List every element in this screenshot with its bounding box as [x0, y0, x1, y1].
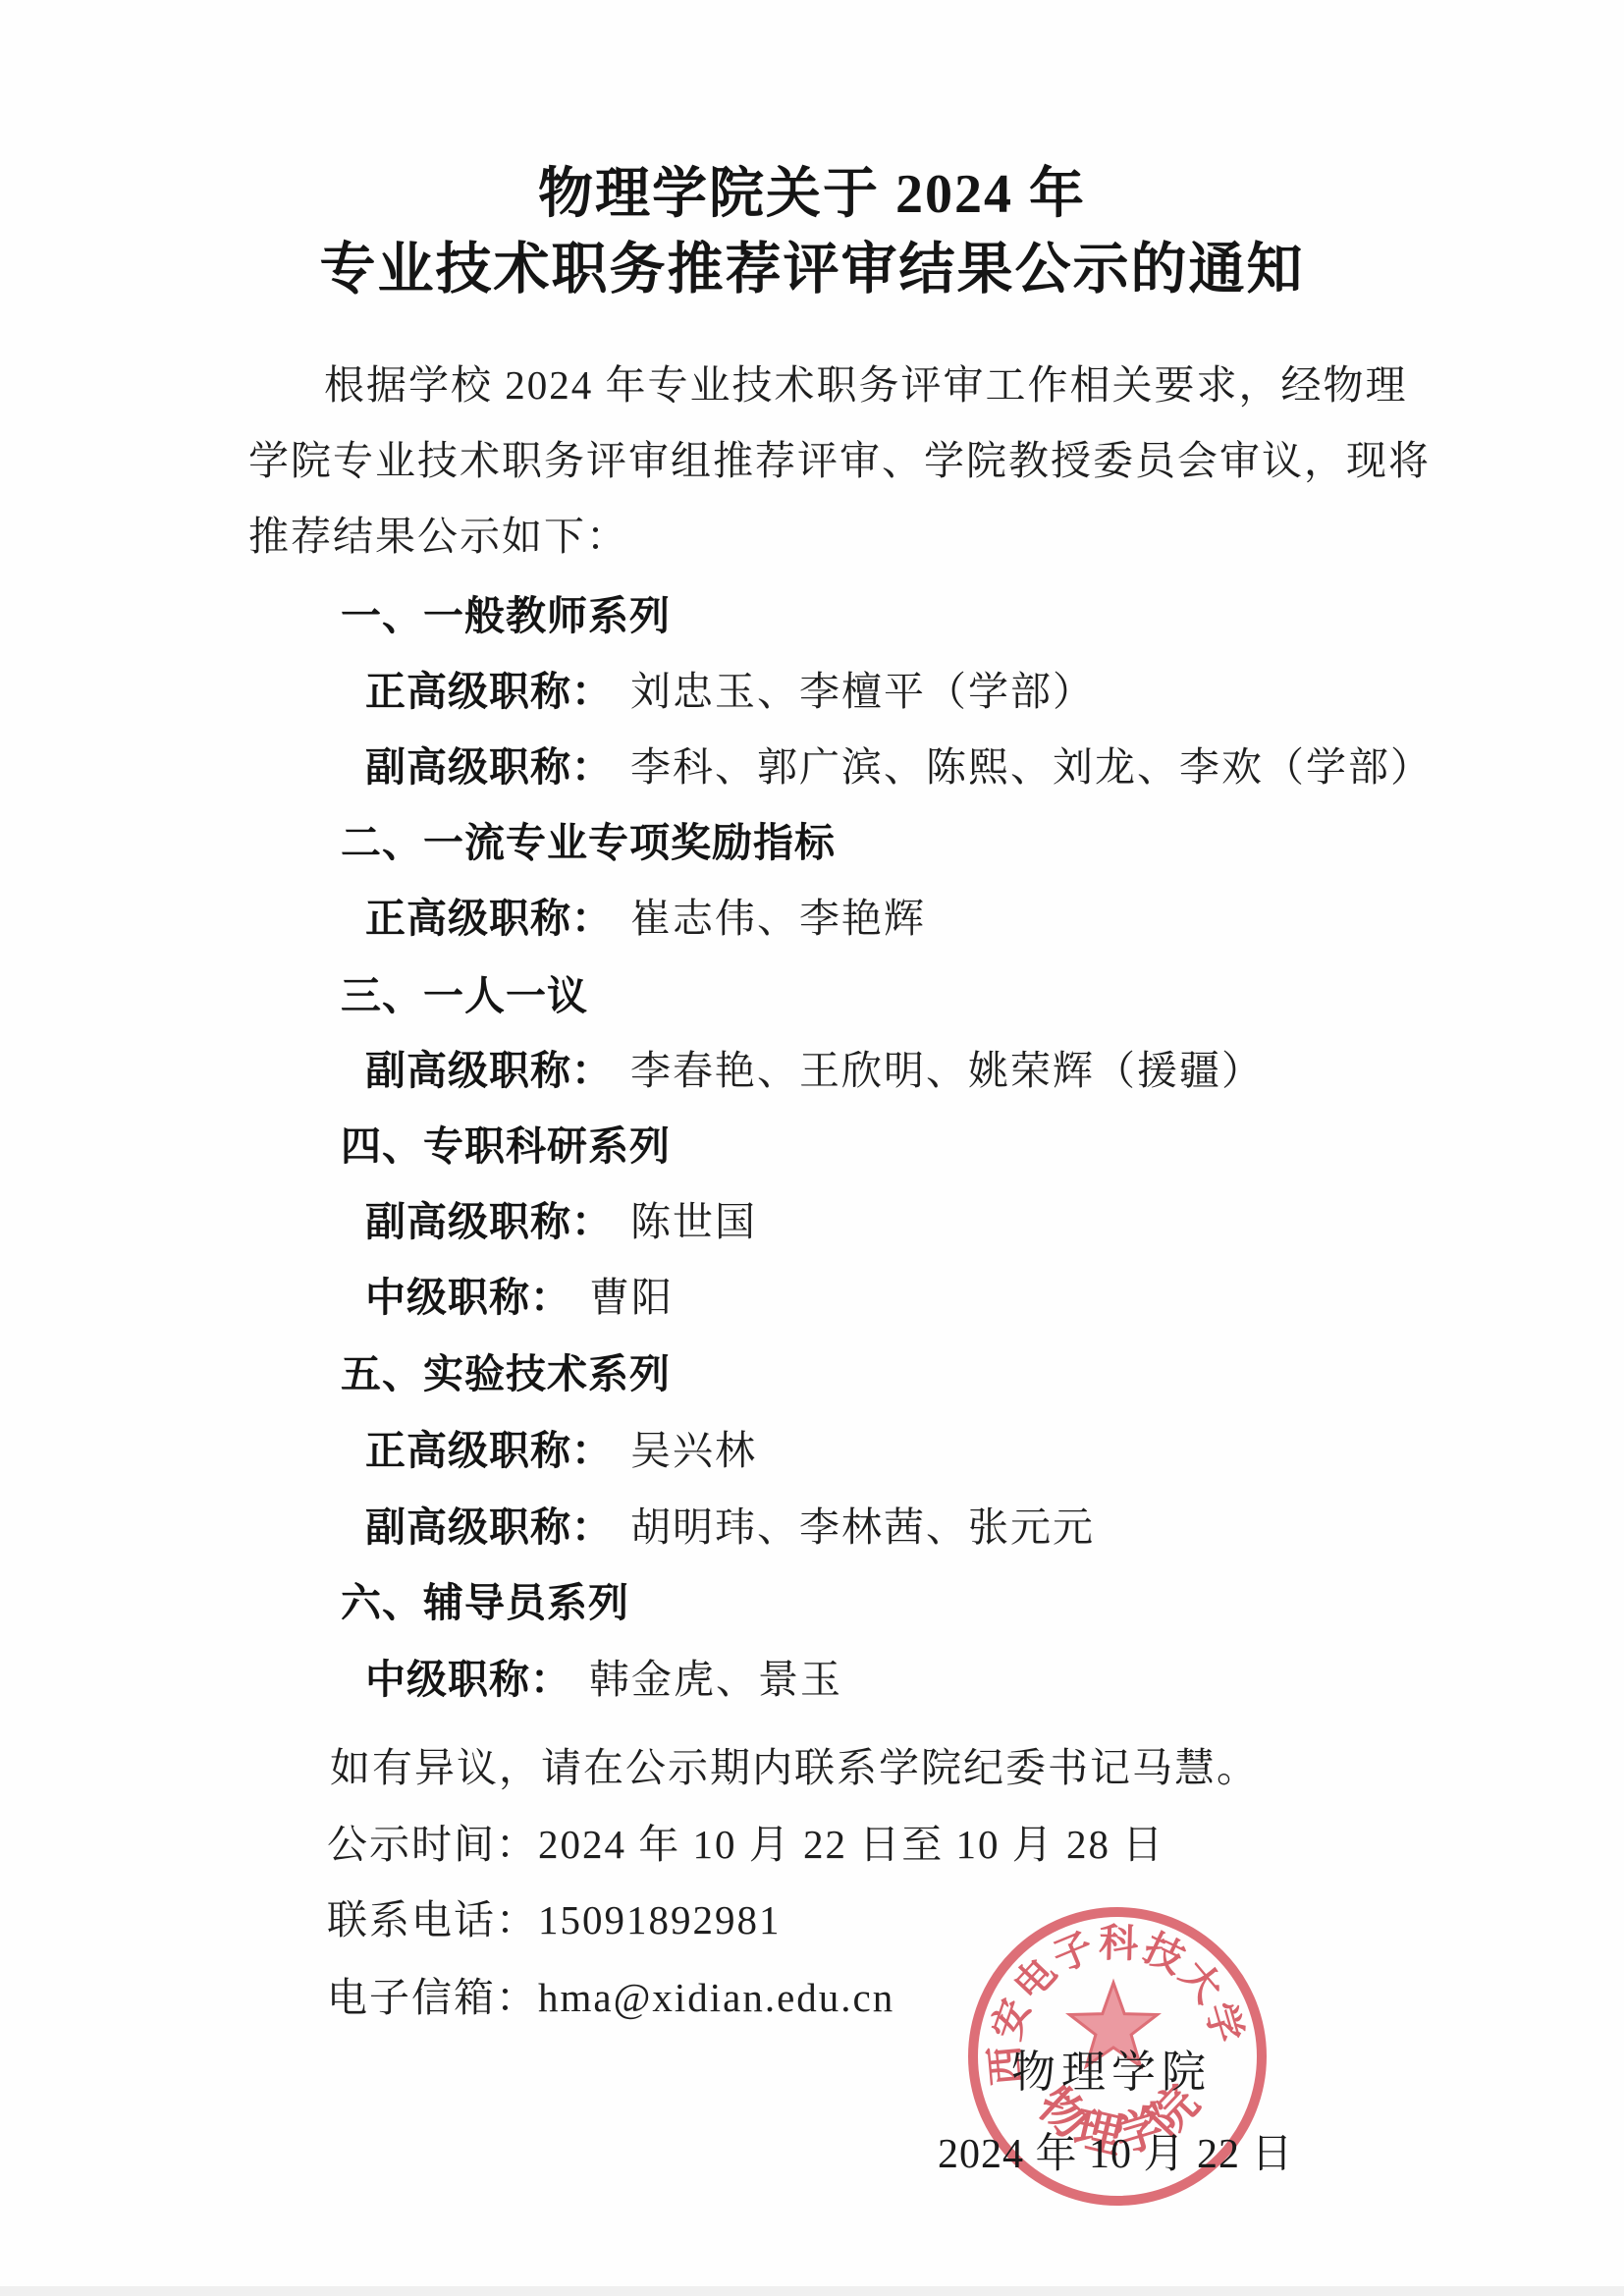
rank-label: 副高级职称：	[365, 744, 613, 790]
title-row: 副高级职称：胡明玮、李林茜、张元元	[365, 1505, 1095, 1550]
document-title-line-1: 物理学院关于 2024 年	[0, 167, 1624, 222]
rank-label: 副高级职称：	[365, 1504, 613, 1550]
objection-notice: 如有异议，请在公示期内联系学院纪委书记马慧。	[330, 1746, 1259, 1790]
title-row: 正高级职称：吴兴林	[365, 1429, 757, 1473]
section-heading-1: 一、一般教师系列	[341, 594, 671, 638]
intro-line-2: 学院专业技术职务评审组推荐评审、学院教授委员会审议，现将	[248, 439, 1431, 483]
section-heading-5: 五、实验技术系列	[341, 1352, 671, 1396]
rank-names: 吴兴林	[630, 1428, 757, 1473]
rank-label: 正高级职称：	[365, 669, 613, 714]
title-row: 正高级职称：刘忠玉、李檀平（学部）	[365, 670, 1095, 714]
section-heading-4: 四、专职科研系列	[341, 1124, 671, 1169]
contact-phone-value: 15091892981	[538, 1897, 782, 1942]
intro-line-3: 推荐结果公示如下：	[248, 515, 628, 559]
contact-email-label: 电子信箱：	[327, 1975, 538, 2020]
title-row: 副高级职称：李科、郭广滨、陈熙、刘龙、李欢（学部）	[365, 745, 1433, 790]
rank-names: 李春艳、王欣明、姚荣辉（援疆）	[630, 1048, 1264, 1093]
section-heading-3: 三、一人一议	[341, 974, 588, 1018]
title-row: 副高级职称：李春艳、王欣明、姚荣辉（援疆）	[365, 1049, 1264, 1093]
rank-names: 胡明玮、李林茜、张元元	[630, 1504, 1095, 1550]
rank-label: 副高级职称：	[365, 1199, 613, 1244]
document-title-line-2: 专业技术职务推荐评审结果公示的通知	[0, 242, 1624, 298]
title-row: 中级职称：曹阳	[365, 1276, 674, 1320]
rank-names: 崔志伟、李艳辉	[630, 896, 926, 941]
contact-email-row: 电子信箱：hma@xidian.edu.cn	[327, 1976, 894, 2020]
rank-names: 曹阳	[589, 1275, 674, 1320]
rank-names: 陈世国	[630, 1199, 757, 1244]
contact-email-value: hma@xidian.edu.cn	[538, 1975, 894, 2020]
document-page: 物理学院关于 2024 年 专业技术职务推荐评审结果公示的通知 根据学校 202…	[0, 0, 1624, 2296]
rank-label: 中级职称：	[365, 1657, 571, 1702]
signature-org: 物理学院	[1011, 2049, 1212, 2098]
publicity-period-row: 公示时间：2024 年 10 月 22 日至 10 月 28 日	[327, 1823, 1164, 1867]
title-row: 中级职称：韩金虎、景玉	[365, 1658, 842, 1702]
rank-names: 韩金虎、景玉	[589, 1657, 842, 1702]
scan-edge-shadow	[0, 2286, 1624, 2296]
contact-phone-row: 联系电话：15091892981	[327, 1898, 782, 1942]
rank-label: 中级职称：	[365, 1275, 571, 1320]
intro-line-1: 根据学校 2024 年专业技术职务评审工作相关要求，经物理	[324, 363, 1408, 408]
rank-names: 李科、郭广滨、陈熙、刘龙、李欢（学部）	[630, 744, 1433, 790]
section-heading-6: 六、辅导员系列	[341, 1581, 629, 1625]
rank-label: 正高级职称：	[365, 896, 613, 941]
rank-label: 正高级职称：	[365, 1428, 613, 1473]
publicity-period-value: 2024 年 10 月 22 日至 10 月 28 日	[538, 1822, 1164, 1867]
publicity-period-label: 公示时间：	[327, 1822, 538, 1867]
rank-names: 刘忠玉、李檀平（学部）	[630, 669, 1095, 714]
contact-phone-label: 联系电话：	[327, 1897, 538, 1942]
title-row: 正高级职称：崔志伟、李艳辉	[365, 897, 926, 941]
signature-date: 2024 年 10 月 22 日	[938, 2132, 1294, 2177]
title-row: 副高级职称：陈世国	[365, 1200, 757, 1244]
rank-label: 副高级职称：	[365, 1048, 613, 1093]
section-heading-2: 二、一流专业专项奖励指标	[341, 821, 836, 865]
